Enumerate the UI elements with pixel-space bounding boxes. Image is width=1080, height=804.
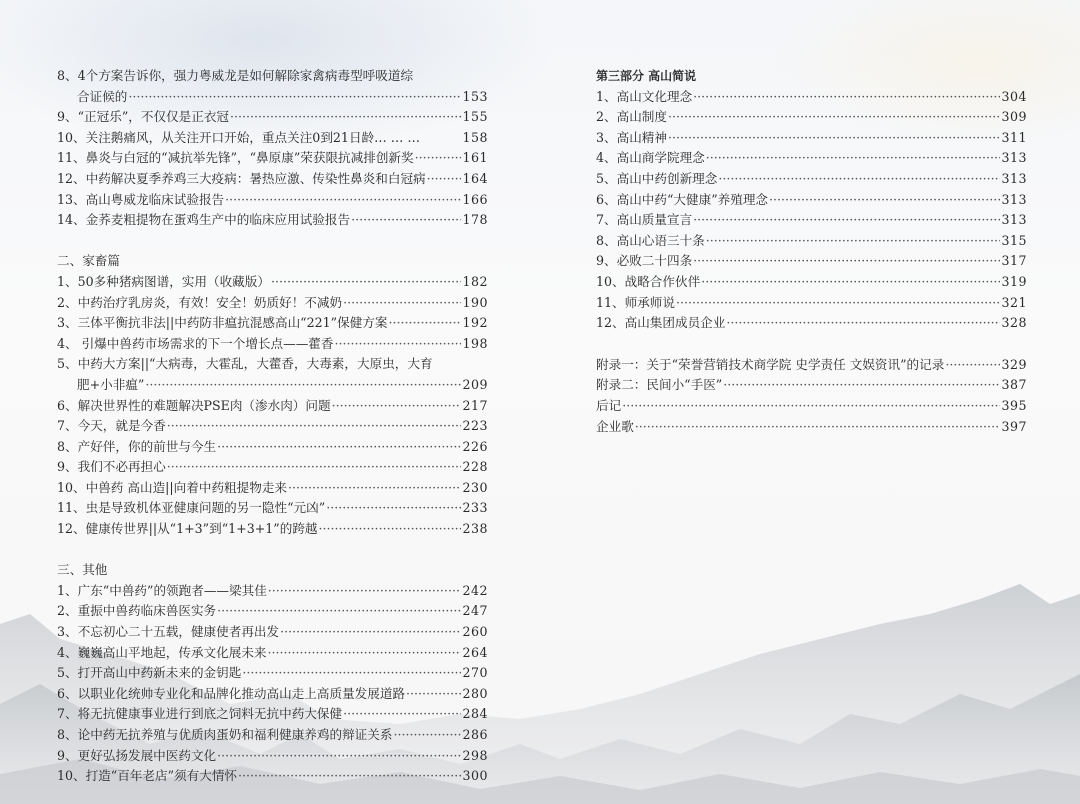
page-number: 313 bbox=[1001, 169, 1027, 190]
toc-entry[interactable]: 14、金荞麦粗提物在蛋鸡生产中的临床应用试验报告 178 bbox=[57, 210, 488, 231]
toc-entry[interactable]: 9、必败二十四条 317 bbox=[596, 251, 1027, 272]
leader-dots bbox=[217, 437, 461, 458]
toc-left-column: 8、4个方案告诉你，强力粤威龙是如何解除家禽病毒型呼吸道综 合证候的 153 9… bbox=[57, 66, 488, 787]
leader-dots bbox=[676, 293, 1000, 314]
page-number: 315 bbox=[1001, 231, 1027, 252]
toc-entry[interactable]: 2、中药治疗乳房炎，有效！安全！奶质好！不减奶 190 bbox=[57, 293, 488, 314]
toc-entry[interactable]: 5、高山中药创新理念 313 bbox=[596, 169, 1027, 190]
leader-dots bbox=[268, 643, 462, 664]
leader-dots bbox=[319, 519, 462, 540]
page-number: 311 bbox=[1001, 128, 1027, 149]
leader-dots bbox=[769, 190, 1000, 211]
leader-dots bbox=[706, 231, 1001, 252]
toc-entry[interactable]: 2、高山制度 309 bbox=[596, 107, 1027, 128]
page-number: 247 bbox=[462, 601, 488, 622]
page-number: 182 bbox=[462, 272, 488, 293]
page-number: 264 bbox=[462, 643, 488, 664]
toc-entry[interactable]: 11、虫是导致机体亚健康问题的另一隐性“元凶” 233 bbox=[57, 498, 488, 519]
page-number: 313 bbox=[1001, 148, 1027, 169]
leader-dots bbox=[271, 272, 462, 293]
section-gap bbox=[57, 540, 488, 561]
toc-entry[interactable]: 6、以职业化统帅专业化和品牌化推动高山走上高质量发展道路 280 bbox=[57, 684, 488, 705]
leader-dots bbox=[406, 684, 461, 705]
toc-entry[interactable]: 1、50多种猪病图谱，实用（收藏版） 182 bbox=[57, 272, 488, 293]
page-number: 319 bbox=[1001, 272, 1027, 293]
leader-dots bbox=[723, 375, 1000, 396]
section-heading-others: 三、其他 bbox=[57, 560, 488, 581]
toc-entry[interactable]: 3、高山精神 311 bbox=[596, 128, 1027, 149]
toc-right-column: 第三部分 高山简说 1、高山文化理念 304 2、高山制度 309 3、高山精神… bbox=[596, 66, 1027, 437]
leader-dots bbox=[343, 293, 461, 314]
toc-entry[interactable]: 10、打造“百年老店”须有大情怀 300 bbox=[57, 766, 488, 787]
toc-entry[interactable]: 12、中药解决夏季养鸡三大疫病：暑热应激、传染性鼻炎和白冠病 164 bbox=[57, 169, 488, 190]
toc-entry[interactable]: 13、高山粤威龙临床试验报告 166 bbox=[57, 190, 488, 211]
leader-dots bbox=[268, 581, 462, 602]
toc-entry[interactable]: 7、将无抗健康事业进行到底之饲料无抗中药大保健 284 bbox=[57, 704, 488, 725]
leader-dots bbox=[693, 87, 1000, 108]
leader-dots bbox=[393, 725, 461, 746]
toc-entry[interactable]: 7、高山质量宣言 313 bbox=[596, 210, 1027, 231]
page-number: 397 bbox=[1001, 417, 1027, 438]
toc-entry[interactable]: 11、师承师说 321 bbox=[596, 293, 1027, 314]
page-number: 198 bbox=[462, 334, 488, 355]
section-gap bbox=[596, 334, 1027, 355]
toc-entry[interactable]: 12、健康传世界||从“1+3”到“1+3+1”的跨越 238 bbox=[57, 519, 488, 540]
toc-entry[interactable]: 7、今天，就是今香 223 bbox=[57, 416, 488, 437]
page-number: 161 bbox=[462, 148, 488, 169]
toc-entry[interactable]: 6、解决世界性的难题解决PSE肉（渗水肉）问题 217 bbox=[57, 396, 488, 417]
leader-dots bbox=[128, 87, 461, 108]
page-number: 387 bbox=[1001, 375, 1027, 396]
toc-entry[interactable]: 8、论中药无抗养殖与优质肉蛋奶和福利健康养鸡的辩证关系 286 bbox=[57, 725, 488, 746]
toc-entry[interactable]: 12、高山集团成员企业 328 bbox=[596, 313, 1027, 334]
leader-dots bbox=[167, 416, 462, 437]
leader-dots bbox=[217, 746, 461, 767]
leader-dots bbox=[427, 169, 462, 190]
toc-entry[interactable]: 3、三体平衡抗非法||中药防非瘟抗混感高山“221”保健方案 192 bbox=[57, 313, 488, 334]
toc-entry[interactable]: 2、重振中兽药临床兽医实务 247 bbox=[57, 601, 488, 622]
toc-entry[interactable]: 8、高山心语三十条 315 bbox=[596, 231, 1027, 252]
leader-dots bbox=[238, 766, 461, 787]
leader-dots bbox=[693, 251, 1000, 272]
leader-dots bbox=[635, 417, 1001, 438]
page-number: 298 bbox=[462, 746, 488, 767]
toc-entry-afterword[interactable]: 后记 395 bbox=[596, 396, 1027, 417]
page-number: 242 bbox=[462, 581, 488, 602]
page-number: 228 bbox=[462, 457, 488, 478]
page-number: 321 bbox=[1001, 293, 1027, 314]
leader-dots bbox=[230, 107, 461, 128]
leader-dots bbox=[668, 107, 1000, 128]
page-number: 395 bbox=[1001, 396, 1027, 417]
leader-dots bbox=[217, 601, 461, 622]
toc-entry[interactable]: 9、我们不必再担心 228 bbox=[57, 457, 488, 478]
page-number: 309 bbox=[1001, 107, 1027, 128]
toc-entry[interactable]: 9、更好弘扬发展中医药文化 298 bbox=[57, 746, 488, 767]
toc-entry[interactable]: 10、中兽药 高山造||向着中药粗提物走来 230 bbox=[57, 478, 488, 499]
toc-entry[interactable]: 4、 引爆中兽药市场需求的下一个增长点——藿香 198 bbox=[57, 334, 488, 355]
leader-dots bbox=[335, 334, 462, 355]
leader-dots bbox=[726, 313, 1000, 334]
page-number: 260 bbox=[462, 622, 488, 643]
page-number: 313 bbox=[1001, 190, 1027, 211]
page-number: 217 bbox=[462, 396, 488, 417]
toc-entry[interactable]: 8、产好伴，你的前世与今生 226 bbox=[57, 437, 488, 458]
toc-entry[interactable]: 5、打开高山中药新未来的金钥匙 270 bbox=[57, 663, 488, 684]
page-number: 223 bbox=[462, 416, 488, 437]
toc-entry-continuation[interactable]: 合证候的 153 bbox=[57, 87, 488, 108]
leader-dots bbox=[332, 396, 462, 417]
page-number: 280 bbox=[462, 684, 488, 705]
toc-entry[interactable]: 1、高山文化理念 304 bbox=[596, 87, 1027, 108]
leader-dots bbox=[693, 210, 1000, 231]
page-number: 233 bbox=[462, 498, 488, 519]
leader-dots bbox=[167, 457, 462, 478]
page-number: 192 bbox=[462, 313, 488, 334]
page-number: 226 bbox=[462, 437, 488, 458]
leader-dots bbox=[701, 272, 1000, 293]
page-number: 153 bbox=[462, 87, 488, 108]
leader-dots bbox=[225, 190, 461, 211]
toc-entry[interactable]: 10、战略合作伙伴 319 bbox=[596, 272, 1027, 293]
page-number: 300 bbox=[462, 766, 488, 787]
page-number: 313 bbox=[1001, 210, 1027, 231]
page-number: 238 bbox=[462, 519, 488, 540]
page-number: 164 bbox=[462, 169, 488, 190]
leader-dots bbox=[280, 622, 461, 643]
leader-dots bbox=[622, 396, 1000, 417]
toc-entry[interactable]: 4、巍巍高山平地起，传承文化展未来 264 bbox=[57, 643, 488, 664]
section-gap bbox=[57, 231, 488, 252]
leader-dots bbox=[668, 128, 1000, 149]
toc-entry-company-song[interactable]: 企业歌 397 bbox=[596, 417, 1027, 438]
page-number: 286 bbox=[462, 725, 488, 746]
toc-entry[interactable]: 6、高山中药“大健康”养殖理念 313 bbox=[596, 190, 1027, 211]
leader-dots bbox=[351, 210, 461, 231]
toc-entry[interactable]: 8、4个方案告诉你，强力粤威龙是如何解除家禽病毒型呼吸道综 bbox=[57, 66, 488, 87]
section-heading-livestock: 二、家畜篇 bbox=[57, 251, 488, 272]
toc-entry[interactable]: 4、高山商学院理念 313 bbox=[596, 148, 1027, 169]
leader-dots bbox=[145, 375, 461, 396]
leader-dots bbox=[326, 498, 461, 519]
toc-entry[interactable]: 3、不忘初心二十五载，健康使者再出发 260 bbox=[57, 622, 488, 643]
page-number: 317 bbox=[1001, 251, 1027, 272]
toc-entry[interactable]: 5、中药大方案||“大病毒，大霍乱，大藿香，大毒素，大原虫，大育 bbox=[57, 354, 488, 375]
page-number: 190 bbox=[462, 293, 488, 314]
page-number: 329 bbox=[1001, 355, 1027, 376]
leader-dots bbox=[706, 148, 1001, 169]
toc-entry[interactable]: 10、关注鹅痛风，从关注开口开始，重点关注0到21日龄… … … 158 bbox=[57, 128, 488, 149]
page-number: 166 bbox=[462, 190, 488, 211]
page-number: 158 bbox=[462, 128, 488, 149]
toc-entry-appendix-1[interactable]: 附录一：关于“荣誉营销技术商学院 史学责任 文娱资讯”的记录 329 bbox=[596, 355, 1027, 376]
leader-dots bbox=[945, 355, 1000, 376]
toc-entry-appendix-2[interactable]: 附录二：民间小“手医” 387 bbox=[596, 375, 1027, 396]
page-number: 270 bbox=[462, 663, 488, 684]
page-number: 230 bbox=[462, 478, 488, 499]
page-number: 209 bbox=[462, 375, 488, 396]
leader-dots bbox=[343, 704, 461, 725]
leader-dots bbox=[242, 663, 461, 684]
toc-entry-continuation[interactable]: 肥+小非瘟” 209 bbox=[57, 375, 488, 396]
page-number: 284 bbox=[462, 704, 488, 725]
toc-entry[interactable]: 9、“正冠乐”，不仅仅是正衣冠 155 bbox=[57, 107, 488, 128]
leader-dots bbox=[718, 169, 1000, 190]
section-heading-part3: 第三部分 高山简说 bbox=[596, 66, 1027, 87]
page-number: 304 bbox=[1001, 87, 1027, 108]
page-number: 155 bbox=[462, 107, 488, 128]
page-number: 178 bbox=[462, 210, 488, 231]
page-number: 328 bbox=[1001, 313, 1027, 334]
leader-dots bbox=[288, 478, 461, 499]
leader-dots bbox=[415, 148, 462, 169]
leader-dots bbox=[388, 313, 461, 334]
toc-entry[interactable]: 11、鼻炎与白冠的“减抗举先锋”，“鼻原康”荣获限抗减排创新奖 161 bbox=[57, 148, 488, 169]
toc-entry[interactable]: 1、广东“中兽药”的领跑者——梁其佳 242 bbox=[57, 581, 488, 602]
